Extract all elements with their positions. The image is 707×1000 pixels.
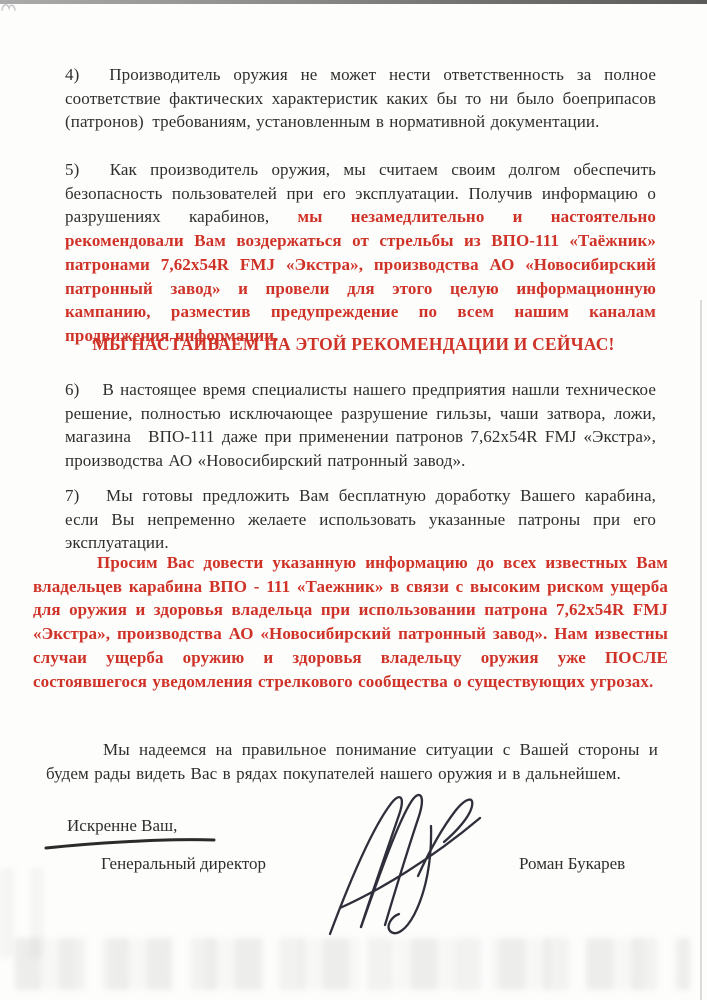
signature-autograph xyxy=(318,788,505,940)
paragraph-5: 5) Как производитель оружия, мы считаем … xyxy=(65,158,656,348)
scanned-letter-page: 4) Производитель оружия не может нести о… xyxy=(0,0,707,1000)
valediction-text: Искренне Ваш, xyxy=(67,814,177,837)
signer-title: Генеральный директор xyxy=(101,852,266,875)
signer-name: Роман Букарев xyxy=(519,852,625,875)
red-request-paragraph: Просим Вас довести указанную информацию … xyxy=(33,551,668,693)
handwritten-underline-stroke xyxy=(44,835,216,853)
emphasis-heading: МЫ НАСТАИВАЕМ НА ЭТОЙ РЕКОМЕНДАЦИИ И СЕЙ… xyxy=(0,333,707,357)
paragraph-5-warning-text: мы незамедлительно и настоятельно рекоме… xyxy=(65,207,656,345)
scan-right-edge-artifact xyxy=(700,300,702,1000)
closing-paragraph: Мы надеемся на правильное понимание ситу… xyxy=(46,738,658,785)
paragraph-7: 7) Мы готовы предложить Вам бесплатную д… xyxy=(65,484,656,555)
paragraph-4: 4) Производитель оружия не может нести о… xyxy=(65,63,656,134)
scan-bleedthrough-artifact xyxy=(15,938,690,990)
scan-top-edge-artifact xyxy=(0,0,707,4)
paragraph-6: 6) В настоящее время специалисты нашего … xyxy=(65,378,656,473)
scan-bleedthrough-artifact-left xyxy=(0,868,60,958)
